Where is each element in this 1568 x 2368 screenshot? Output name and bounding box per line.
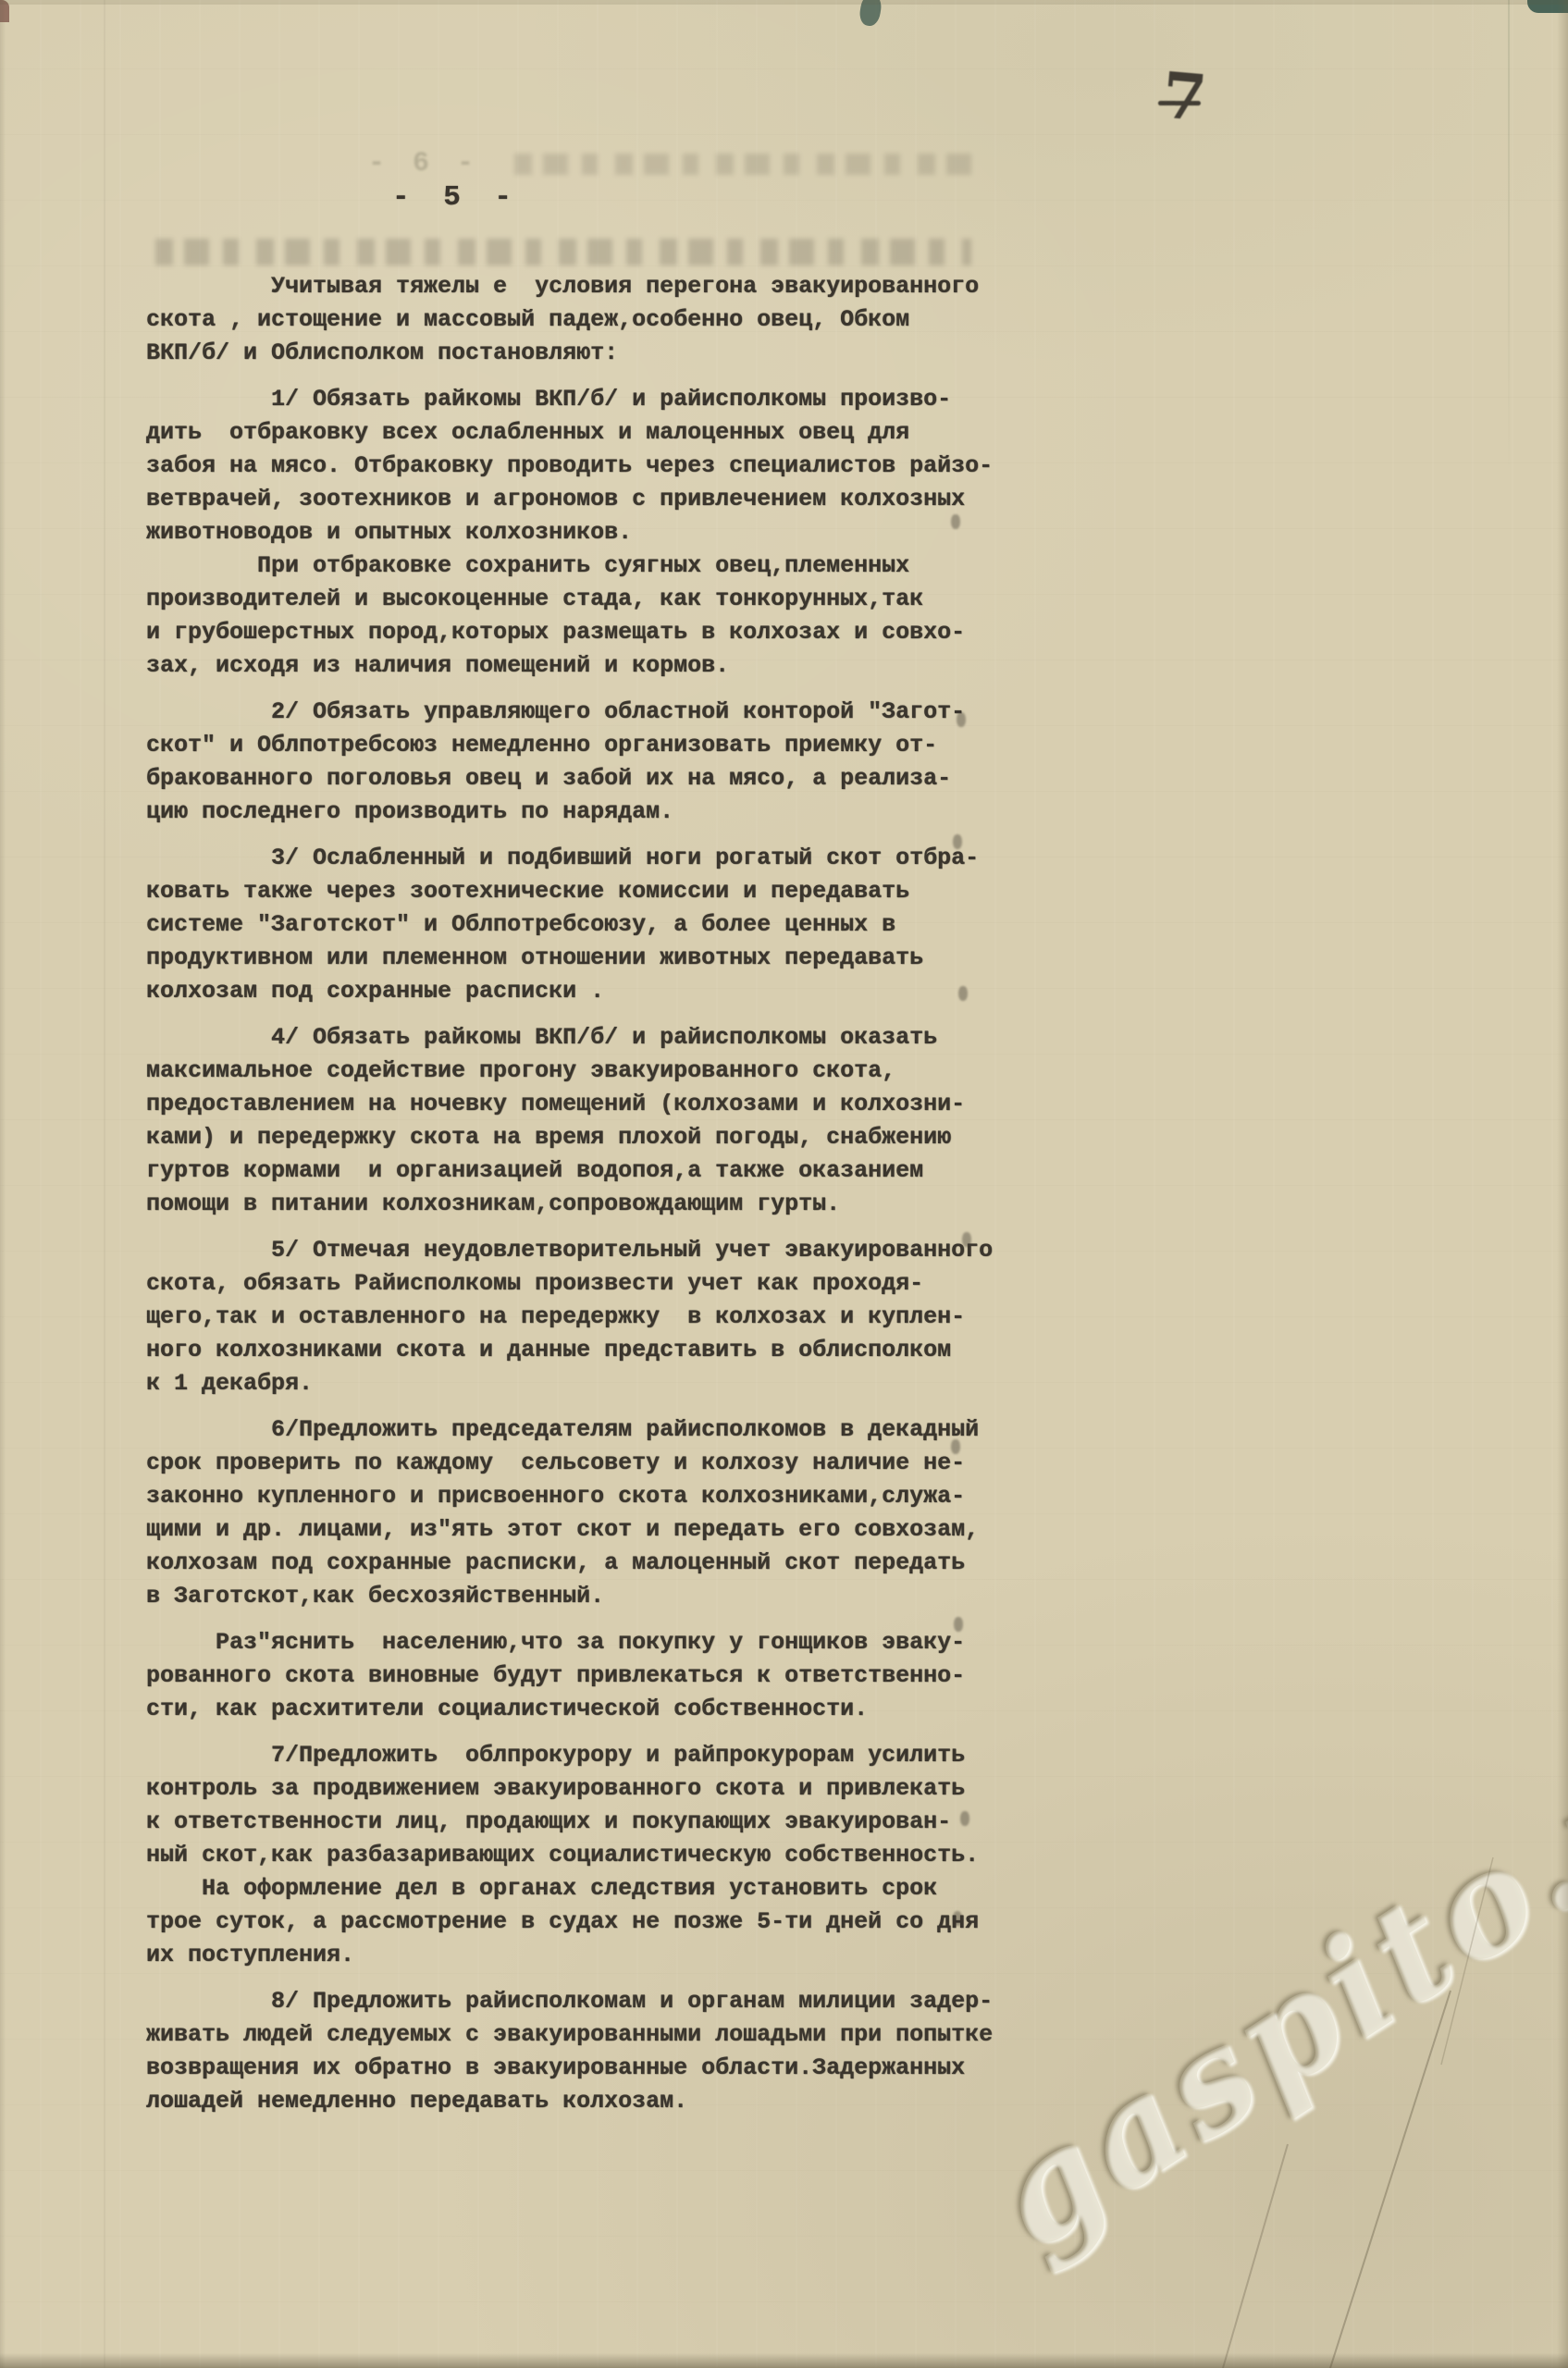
text-line: забоя на мясо. Отбраковку проводить чере…	[146, 450, 1099, 483]
paragraph: 4/ Обязать райкомы ВКП/б/ и райисполкомы…	[146, 1021, 1099, 1221]
text-line: колхозам под сохранные расписки, а малоц…	[146, 1547, 1099, 1580]
text-line: щего,так и оставленного на передержку в …	[146, 1301, 1099, 1334]
paragraph: 1/ Обязать райкомы ВКП/б/ и райисполкомы…	[146, 383, 1099, 549]
text-line: скота , истощение и массовый падеж,особе…	[146, 303, 1099, 337]
text-line: бракованного поголовья овец и забой их н…	[146, 762, 1099, 795]
text-line: дить отбраковку всех ослабленных и малоц…	[146, 416, 1099, 450]
paragraph: 2/ Обязать управляющего областной контор…	[146, 696, 1099, 829]
text-line: 3/ Ослабленный и подбивший ноги рогатый …	[146, 842, 1099, 875]
text-line: трое суток, а рассмотрение в судах не по…	[146, 1905, 1099, 1939]
text-line: 5/ Отмечая неудовлетворительный учет эва…	[146, 1234, 1099, 1267]
text-line: Раз"яснить населению,что за покупку у го…	[146, 1626, 1099, 1659]
text-line: максимальное содействие прогону эвакуиро…	[146, 1054, 1099, 1088]
text-line: ветврачей, зоотехников и агрономов с при…	[146, 483, 1099, 516]
text-line: возвращения их обратно в эвакуированные …	[146, 2052, 1099, 2085]
text-line: лошадей немедленно передавать колхозам.	[146, 2085, 1099, 2118]
text-line: в Заготскот,как бесхозяйственный.	[146, 1580, 1099, 1613]
paragraph: Раз"яснить населению,что за покупку у го…	[146, 1626, 1099, 1726]
text-line: 1/ Обязать райкомы ВКП/б/ и райисполкомы…	[146, 383, 1099, 416]
text-line: их поступления.	[146, 1939, 1099, 1972]
text-line: скот" и Облпотребсоюз немедленно организ…	[146, 729, 1099, 762]
page-edge-line	[1508, 0, 1510, 481]
text-line: 7/Предложить облпрокурору и райпрокурора…	[146, 1739, 1099, 1772]
text-line: к ответственности лиц, продающих и покуп…	[146, 1806, 1099, 1839]
text-line: ковать также через зоотехнические комисс…	[146, 875, 1099, 908]
text-line: цию последнего производить по нарядам.	[146, 795, 1099, 829]
text-line: продуктивном или племенном отношении жив…	[146, 942, 1099, 975]
text-line: помощи в питании колхозникам,сопровождаю…	[146, 1188, 1099, 1221]
text-line: рованного скота виновные будут привлекат…	[146, 1659, 1099, 1693]
paragraph: Учитывая тяжелы е условия перегона эваку…	[146, 270, 1099, 370]
text-line: ками) и передержку скота на время плохой…	[146, 1121, 1099, 1154]
text-line: На оформление дел в органах следствия ус…	[146, 1872, 1099, 1905]
text-line: системе "Заготскот" и Облпотребсоюзу, а …	[146, 908, 1099, 942]
paper-fold-line	[104, 0, 105, 2368]
paragraph: 5/ Отмечая неудовлетворительный учет эва…	[146, 1234, 1099, 1400]
paragraph: 3/ Ослабленный и подбивший ноги рогатый …	[146, 842, 1099, 1008]
text-line: скота, обязать Райисполкомы произвести у…	[146, 1267, 1099, 1301]
page-edge-bottom	[0, 2353, 1568, 2368]
handwritten-digit: 7	[1159, 59, 1209, 137]
page-edge-left	[0, 0, 6, 2368]
text-line: ного колхозниками скота и данные предста…	[146, 1334, 1099, 1367]
text-line: к 1 декабря.	[146, 1367, 1099, 1400]
text-line: контроль за продвижением эвакуированного…	[146, 1772, 1099, 1806]
text-line: Учитывая тяжелы е условия перегона эваку…	[146, 270, 1099, 303]
page-number: - 5 -	[146, 181, 1099, 215]
text-line: 6/Предложить председателям райисполкомов…	[146, 1413, 1099, 1447]
page-edge-right	[1557, 0, 1568, 2368]
text-line: При отбраковке сохранить суягных овец,пл…	[146, 549, 1099, 583]
paragraph: 8/ Предложить райисполкомам и органам ми…	[146, 1985, 1099, 2118]
text-line: сти, как расхитители социалистической со…	[146, 1693, 1099, 1726]
text-line: производителей и высокоценные стада, как…	[146, 583, 1099, 616]
handwritten-digit-crossbar	[1158, 101, 1201, 105]
text-line: срок проверить по каждому сельсовету и к…	[146, 1447, 1099, 1480]
text-line: 8/ Предложить райисполкомам и органам ми…	[146, 1985, 1099, 2018]
text-line: колхозам под сохранные расписки .	[146, 975, 1099, 1008]
paragraph: При отбраковке сохранить суягных овец,пл…	[146, 549, 1099, 683]
text-line: 4/ Обязать райкомы ВКП/б/ и райисполкомы…	[146, 1021, 1099, 1054]
bleedthrough-page-number: - 6 -	[368, 148, 479, 179]
paragraph: 7/Предложить облпрокурору и райпрокурора…	[146, 1739, 1099, 1872]
text-line: живать людей следуемых с эвакуированными…	[146, 2018, 1099, 2052]
paragraph: На оформление дел в органах следствия ус…	[146, 1872, 1099, 1972]
text-line: гуртов кормами и организацией водопоя,а …	[146, 1154, 1099, 1188]
handwritten-page-note: 7	[1158, 59, 1221, 147]
text-line: зах, исходя из наличия помещений и кормо…	[146, 649, 1099, 683]
paragraphs-container: Учитывая тяжелы е условия перегона эваку…	[146, 270, 1099, 2118]
text-line: ВКП/б/ и Облисполком постановляют:	[146, 337, 1099, 370]
text-line: животноводов и опытных колхозников.	[146, 516, 1099, 549]
text-line: законно купленного и присвоенного скота …	[146, 1480, 1099, 1513]
text-line: ный скот,как разбазаривающих социалистич…	[146, 1839, 1099, 1872]
text-line: 2/ Обязать управляющего областной контор…	[146, 696, 1099, 729]
paragraph: 6/Предложить председателям райисполкомов…	[146, 1413, 1099, 1613]
text-line: щими и др. лицами, из"ять этот скот и пе…	[146, 1513, 1099, 1547]
text-line: предоставлением на ночевку помещений (ко…	[146, 1088, 1099, 1121]
document-body: - 5 - Учитывая тяжелы е условия перегона…	[146, 181, 1099, 2118]
scanned-page: - 6 - - 5 - Учитывая тяжелы е условия пе…	[0, 0, 1568, 2368]
page-edge-top	[0, 0, 1568, 5]
text-line: и грубошерстных пород,которых размещать …	[146, 616, 1099, 649]
bleedthrough-smudge	[514, 154, 975, 175]
